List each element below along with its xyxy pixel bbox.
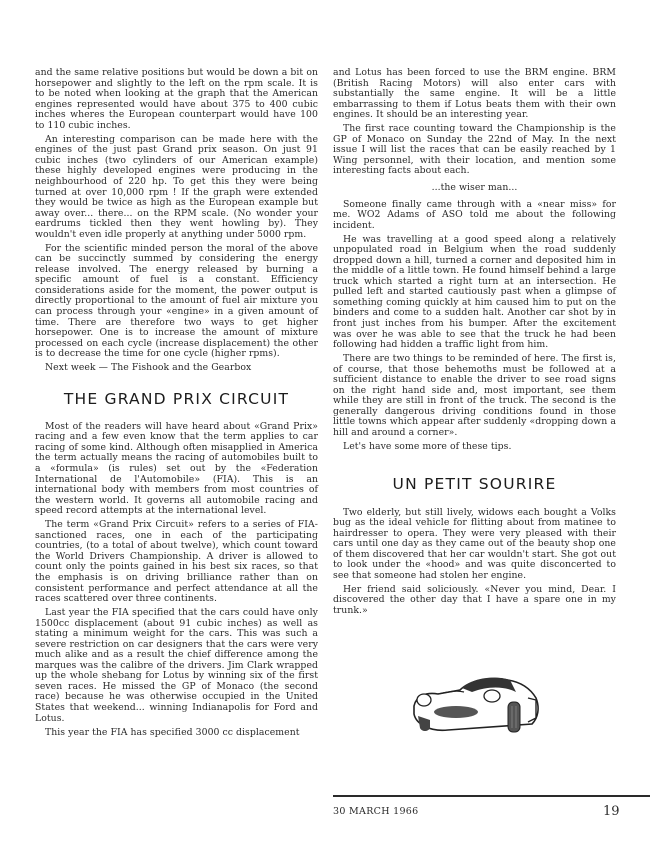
paragraph: Most of the readers will have heard abou… (35, 422, 318, 517)
article-heading-petit-sourire: UN PETIT SOURIRE (333, 475, 616, 493)
paragraph: Let's have some more of these tips. (333, 442, 616, 453)
section-title-wiser-man: ...the wiser man... (333, 183, 616, 194)
left-column: and the same relative positions but woul… (35, 68, 318, 742)
sports-car-illustration (408, 668, 544, 748)
paragraph: An interesting comparison can be made he… (35, 135, 318, 240)
right-column: and Lotus has been forced to use the BRM… (333, 68, 616, 620)
paragraph: Her friend said soliciously. «Never you … (333, 585, 616, 617)
paragraph: There are two things to be reminded of h… (333, 354, 616, 438)
page-number: 19 (603, 804, 620, 819)
next-week-note: Next week — The Fishook and the Gearbox (35, 363, 318, 374)
footer-date: 30 MARCH 1966 (333, 806, 419, 817)
paragraph: Two elderly, but still lively, widows ea… (333, 508, 616, 582)
article-heading-grand-prix: THE GRAND PRIX CIRCUIT (35, 390, 318, 408)
paragraph: and the same relative positions but woul… (35, 68, 318, 131)
paragraph: This year the FIA has specified 3000 cc … (35, 728, 318, 739)
paragraph: Last year the FIA specified that the car… (35, 608, 318, 724)
paragraph: The first race counting toward the Champ… (333, 124, 616, 177)
paragraph: For the scientific minded person the mor… (35, 244, 318, 360)
footer-rule (333, 795, 650, 797)
paragraph: and Lotus has been forced to use the BRM… (333, 68, 616, 121)
paragraph: The term «Grand Prix Circuit» refers to … (35, 520, 318, 604)
paragraph: He was travelling at a good speed along … (333, 235, 616, 351)
paragraph: Someone finally came through with a «nea… (333, 200, 616, 232)
